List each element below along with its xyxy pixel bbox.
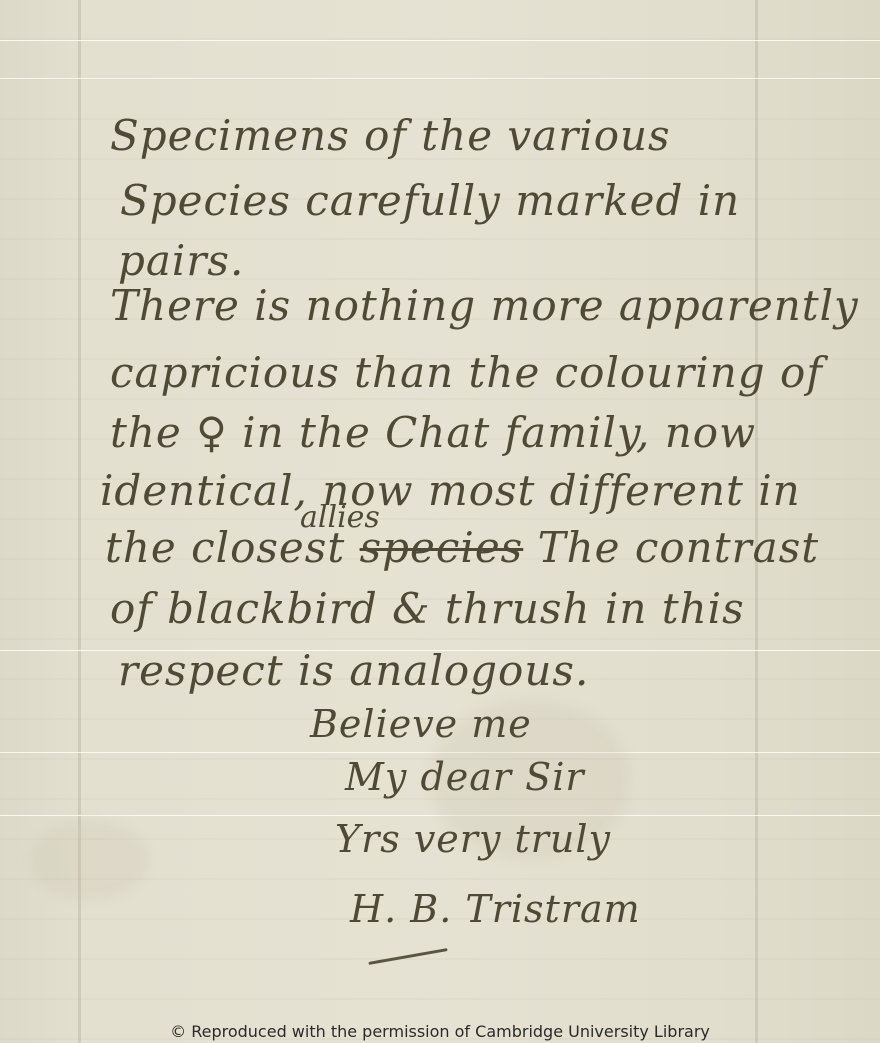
signature: H. B. Tristram — [350, 890, 641, 928]
letter-line-7: identical, now most different in — [100, 470, 801, 512]
paper-stain — [30, 820, 150, 900]
crease-line — [0, 78, 880, 79]
closing-line-3: Yrs very truly — [335, 820, 611, 858]
letter-line-2: Species carefully marked in — [120, 180, 740, 222]
crease-line — [0, 40, 880, 41]
line-8-start: the closest — [105, 523, 360, 572]
letter-line-1: Specimens of the various — [110, 115, 671, 157]
letter-line-6: the ♀ in the Chat family, now — [110, 412, 756, 454]
letter-line-5: capricious than the colouring of — [110, 352, 823, 394]
letter-line-3: pairs. — [118, 240, 244, 282]
right-fold-line — [755, 0, 758, 1043]
closing-line-2: My dear Sir — [345, 758, 585, 796]
copyright-footer: © Reproduced with the permission of Camb… — [0, 1022, 880, 1041]
letter-line-4: There is nothing more apparently — [110, 285, 859, 327]
letter-line-8: the closest species The contrast — [105, 527, 819, 569]
line-8-end: The contrast — [523, 523, 819, 572]
struck-word: species — [360, 523, 524, 572]
letter-line-9: of blackbird & thrush in this — [110, 588, 745, 630]
closing-line-1: Believe me — [310, 705, 532, 743]
letter-line-10: respect is analogous. — [118, 650, 589, 692]
